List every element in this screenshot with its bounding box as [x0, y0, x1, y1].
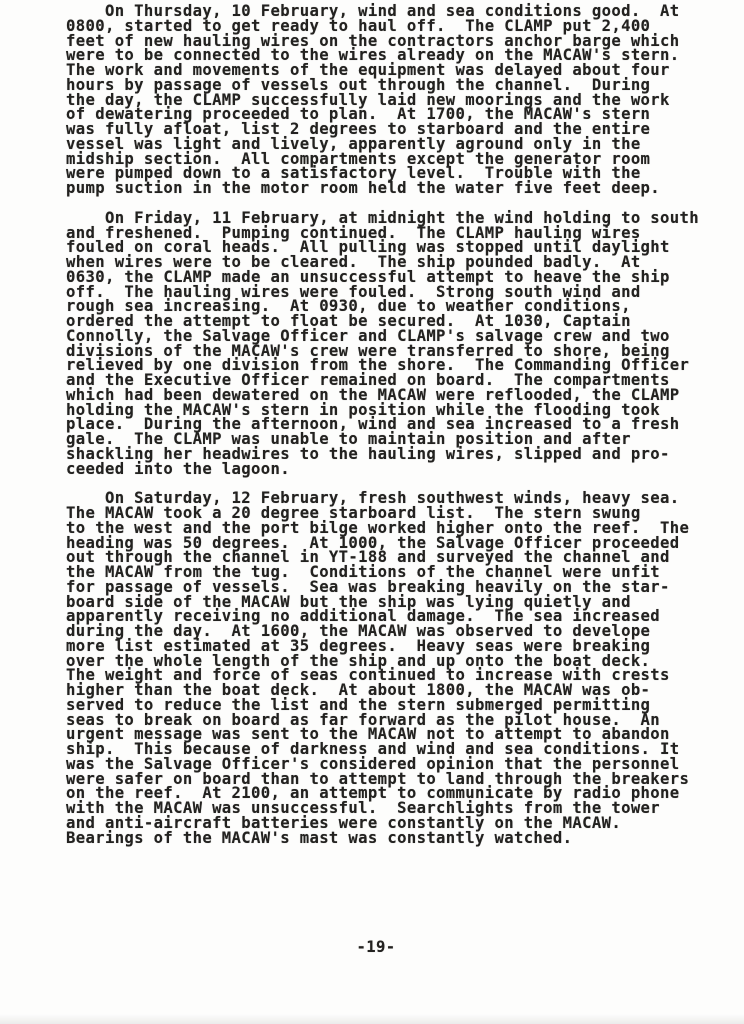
report-text-block: On Thursday, 10 February, wind and sea c…	[66, 4, 706, 860]
paragraph-friday-11-february: On Friday, 11 February, at midnight the …	[66, 211, 706, 477]
paragraph-saturday-12-february: On Saturday, 12 February, fresh southwes…	[66, 491, 706, 845]
scanned-report-page: On Thursday, 10 February, wind and sea c…	[0, 0, 744, 1024]
page-number: -19-	[66, 938, 686, 956]
scan-bottom-edge	[0, 1014, 744, 1024]
paragraph-thursday-10-february: On Thursday, 10 February, wind and sea c…	[66, 4, 706, 196]
